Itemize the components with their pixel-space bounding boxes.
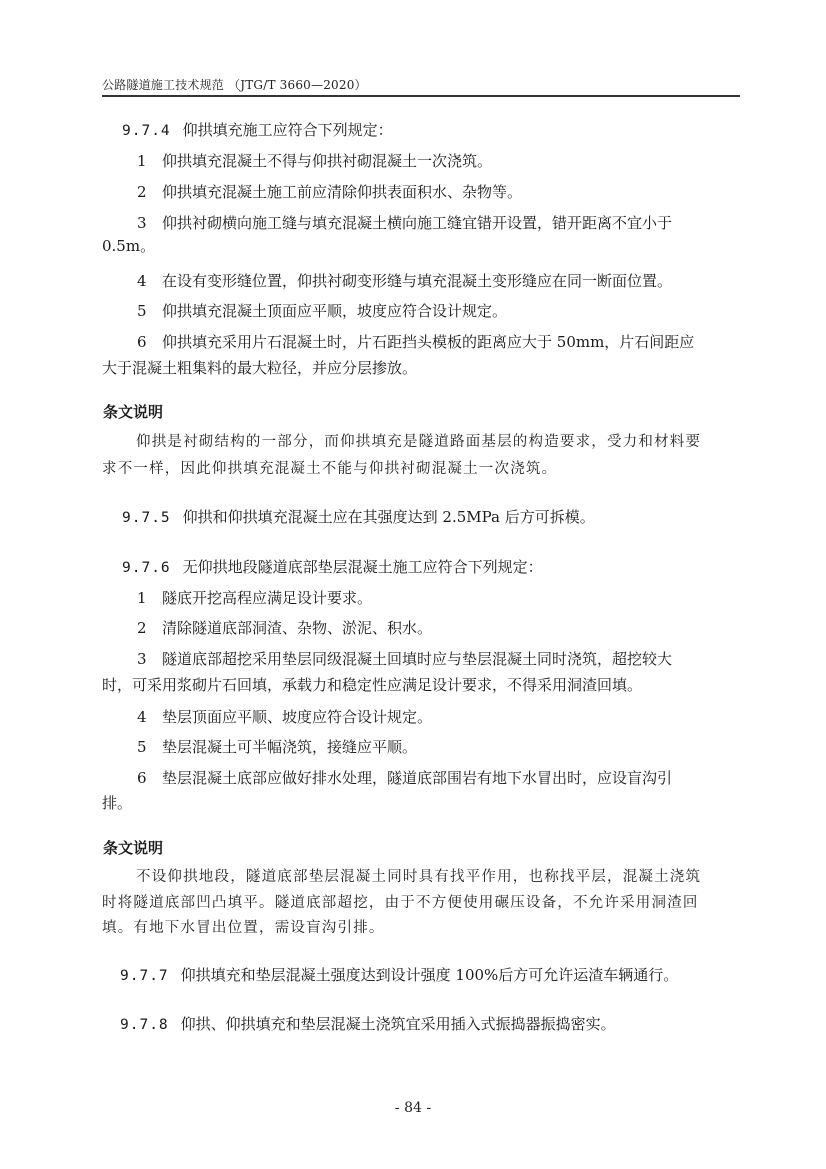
item-number: 2 — [137, 182, 162, 202]
item-number: 5 — [137, 301, 162, 321]
clause-number: 9.7.5 — [122, 508, 171, 528]
list-item: 2清除隧道底部洞渣、杂物、淤泥、积水。 — [137, 618, 432, 638]
item-number: 4 — [137, 271, 162, 291]
item-number: 1 — [137, 588, 162, 608]
list-item: 4垫层顶面应平顺、坡度应符合设计规定。 — [137, 707, 432, 727]
clause-title: 仰拱填充和垫层混凝土强度达到设计强度 100%后方可允许运渣车辆通行。 — [181, 966, 679, 984]
list-item: 1仰拱填充混凝土不得与仰拱衬砌混凝土一次浇筑。 — [137, 151, 492, 171]
explanation-line: 仰拱是衬砌结构的一部分，而仰拱填充是隧道路面基层的构造要求，受力和材料要 — [136, 432, 701, 452]
item-number: 2 — [137, 618, 162, 638]
list-item: 6仰拱填充采用片石混凝土时，片石距挡头模板的距离应大于 50mm，片石间距应 — [137, 332, 694, 352]
item-text: 垫层顶面应平顺、坡度应符合设计规定。 — [162, 708, 432, 726]
clause-9-7-4-heading: 9.7.4仰拱填充施工应符合下列规定： — [122, 120, 393, 141]
clause-9-7-6-heading: 9.7.6无仰拱地段隧道底部垫层混凝土施工应符合下列规定： — [122, 557, 543, 578]
header-rule — [102, 95, 740, 97]
clause-9-7-5: 9.7.5仰拱和仰拱填充混凝土应在其强度达到 2.5MPa 后方可拆模。 — [122, 507, 595, 528]
clause-title: 仰拱、仰拱填充和垫层混凝土浇筑宜采用插入式振捣器振捣密实。 — [181, 1015, 616, 1033]
list-item-continuation: 大于混凝土粗集料的最大粒径，并应分层掺放。 — [102, 358, 417, 378]
clause-number: 9.7.7 — [120, 966, 169, 986]
list-item: 4在设有变形缝位置，仰拱衬砌变形缝与填充混凝土变形缝应在同一断面位置。 — [137, 271, 672, 291]
item-text: 垫层混凝土可半幅浇筑，接缝应平顺。 — [162, 738, 417, 756]
item-number: 6 — [137, 332, 162, 352]
explanation-line: 不设仰拱地段，隧道底部垫层混凝土同时具有找平作用，也称找平层，混凝土浇筑 — [136, 867, 701, 887]
page-number: - 84 - — [0, 1099, 826, 1117]
item-text: 在设有变形缝位置，仰拱衬砌变形缝与填充混凝土变形缝应在同一断面位置。 — [162, 272, 672, 290]
list-item: 5仰拱填充混凝土顶面应平顺，坡度应符合设计规定。 — [137, 301, 507, 321]
item-text: 仰拱衬砌横向施工缝与填充混凝土横向施工缝宜错开设置，错开距离不宜小于 — [162, 214, 672, 232]
item-number: 6 — [137, 768, 162, 788]
document-page: 公路隧道施工技术规范 （JTG/T 3660—2020） 9.7.4仰拱填充施工… — [0, 0, 826, 1169]
list-item: 3仰拱衬砌横向施工缝与填充混凝土横向施工缝宜错开设置，错开距离不宜小于 — [137, 213, 672, 233]
item-text: 隧道底部超挖采用垫层同级混凝土回填时应与垫层混凝土同时浇筑，超挖较大 — [162, 650, 672, 668]
item-number: 3 — [137, 213, 162, 233]
item-text: 仰拱填充混凝土施工前应清除仰拱表面积水、杂物等。 — [162, 183, 522, 201]
item-number: 4 — [137, 707, 162, 727]
clause-number: 9.7.4 — [122, 121, 171, 141]
list-item: 1隧底开挖高程应满足设计要求。 — [137, 588, 372, 608]
item-text: 仰拱填充混凝土顶面应平顺，坡度应符合设计规定。 — [162, 302, 507, 320]
explanation-heading: 条文说明 — [103, 838, 163, 858]
item-text: 隧底开挖高程应满足设计要求。 — [162, 589, 372, 607]
clause-number: 9.7.8 — [120, 1015, 169, 1035]
list-item: 3隧道底部超挖采用垫层同级混凝土回填时应与垫层混凝土同时浇筑，超挖较大 — [137, 649, 672, 669]
explanation-heading: 条文说明 — [103, 402, 163, 422]
item-text: 仰拱填充混凝土不得与仰拱衬砌混凝土一次浇筑。 — [162, 152, 492, 170]
item-text: 仰拱填充采用片石混凝土时，片石距挡头模板的距离应大于 50mm，片石间距应 — [162, 333, 694, 351]
item-number: 3 — [137, 649, 162, 669]
explanation-line: 时将隧道底部凹凸填平。隧道底部超挖，由于不方便使用碾压设备，不允许采用洞渣回 — [102, 893, 699, 913]
running-header: 公路隧道施工技术规范 （JTG/T 3660—2020） — [102, 78, 367, 92]
list-item: 2仰拱填充混凝土施工前应清除仰拱表面积水、杂物等。 — [137, 182, 522, 202]
item-number: 1 — [137, 151, 162, 171]
item-text: 清除隧道底部洞渣、杂物、淤泥、积水。 — [162, 619, 432, 637]
item-text: 垫层混凝土底部应做好排水处理，隧道底部围岩有地下水冒出时，应设盲沟引 — [162, 769, 672, 787]
clause-9-7-8: 9.7.8仰拱、仰拱填充和垫层混凝土浇筑宜采用插入式振捣器振捣密实。 — [120, 1014, 616, 1035]
clause-9-7-7: 9.7.7仰拱填充和垫层混凝土强度达到设计强度 100%后方可允许运渣车辆通行。 — [120, 965, 678, 986]
explanation-line: 填。有地下水冒出位置，需设盲沟引排。 — [102, 918, 385, 938]
list-item-continuation: 排。 — [102, 793, 132, 813]
list-item-continuation: 时，可采用浆砌片石回填，承载力和稳定性应满足设计要求，不得采用洞渣回填。 — [102, 675, 642, 695]
clause-title: 仰拱和仰拱填充混凝土应在其强度达到 2.5MPa 后方可拆模。 — [183, 508, 595, 526]
list-item: 5垫层混凝土可半幅浇筑，接缝应平顺。 — [137, 737, 417, 757]
list-item: 6垫层混凝土底部应做好排水处理，隧道底部围岩有地下水冒出时，应设盲沟引 — [137, 768, 672, 788]
clause-number: 9.7.6 — [122, 558, 171, 578]
clause-title: 仰拱填充施工应符合下列规定： — [183, 121, 393, 139]
list-item-continuation: 0.5m。 — [102, 236, 155, 256]
clause-title: 无仰拱地段隧道底部垫层混凝土施工应符合下列规定： — [183, 558, 543, 576]
item-number: 5 — [137, 737, 162, 757]
explanation-line: 求不一样，因此仰拱填充混凝土不能与仰拱衬砌混凝土一次浇筑。 — [102, 459, 557, 479]
